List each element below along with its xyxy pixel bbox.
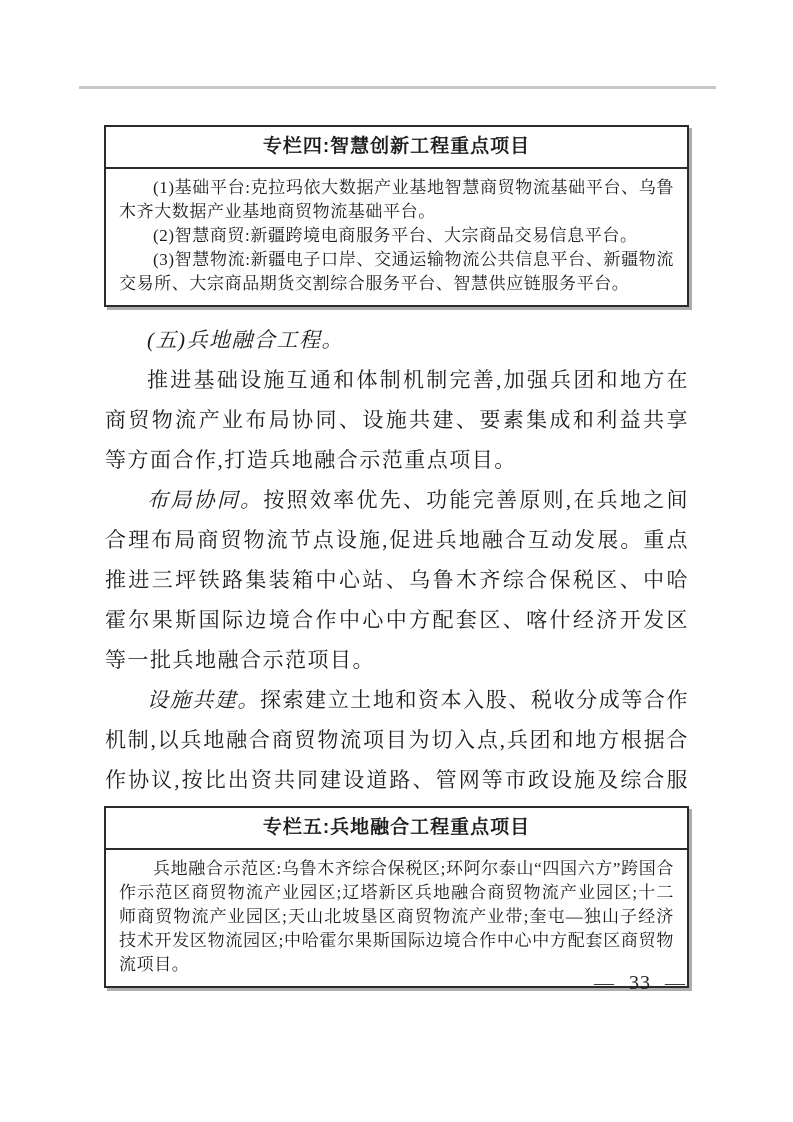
box-item: (2)智慧商贸:新疆跨境电商服务平台、大宗商品交易信息平台。 <box>119 224 674 248</box>
box-item: (1)基础平台:克拉玛依大数据产业基地智慧商贸物流基础平台、乌鲁木齐大数据产业基… <box>119 176 674 224</box>
box-item: 兵地融合示范区:乌鲁木齐综合保税区;环阿尔泰山“四国六方”跨国合作示范区商贸物流… <box>119 857 674 977</box>
page-number: 33 <box>629 972 651 994</box>
column-box-five-title: 专栏五:兵地融合工程重点项目 <box>106 808 687 850</box>
column-box-five: 专栏五:兵地融合工程重点项目 兵地融合示范区:乌鲁木齐综合保税区;环阿尔泰山“四… <box>104 806 689 988</box>
column-box-four: 专栏四:智慧创新工程重点项目 (1)基础平台:克拉玛依大数据产业基地智慧商贸物流… <box>104 125 689 307</box>
document-page: 专栏四:智慧创新工程重点项目 (1)基础平台:克拉玛依大数据产业基地智慧商贸物流… <box>0 0 793 1122</box>
section-heading: (五)兵地融合工程。 <box>105 320 689 360</box>
header-rule <box>79 86 716 89</box>
box-item: (3)智慧物流:新疆电子口岸、交通运输物流公共信息平台、新疆物流交易所、大宗商品… <box>119 248 674 296</box>
page-footer: —33— <box>0 972 686 995</box>
paragraph-text: 推进基础设施互通和体制机制完善,加强兵团和地方在商贸物流产业布局协同、设施共建、… <box>105 368 689 472</box>
body-paragraph: 布局协同。按照效率优先、功能完善原则,在兵地之间合理布局商贸物流节点设施,促进兵… <box>105 480 689 680</box>
column-box-four-body: (1)基础平台:克拉玛依大数据产业基地智慧商贸物流基础平台、乌鲁木齐大数据产业基… <box>106 169 687 305</box>
column-box-five-body: 兵地融合示范区:乌鲁木齐综合保税区;环阿尔泰山“四国六方”跨国合作示范区商贸物流… <box>106 850 687 986</box>
footer-left-dash: — <box>594 972 615 994</box>
paragraph-lead: 布局协同。 <box>147 488 263 512</box>
body-paragraph: 推进基础设施互通和体制机制完善,加强兵团和地方在商贸物流产业布局协同、设施共建、… <box>105 360 689 480</box>
body-text-section: (五)兵地融合工程。 推进基础设施互通和体制机制完善,加强兵团和地方在商贸物流产… <box>105 320 689 880</box>
paragraph-text: 按照效率优先、功能完善原则,在兵地之间合理布局商贸物流节点设施,促进兵地融合互动… <box>105 488 689 672</box>
footer-right-dash: — <box>665 972 686 994</box>
paragraph-lead: 设施共建。 <box>147 688 260 712</box>
column-box-four-title: 专栏四:智慧创新工程重点项目 <box>106 127 687 169</box>
